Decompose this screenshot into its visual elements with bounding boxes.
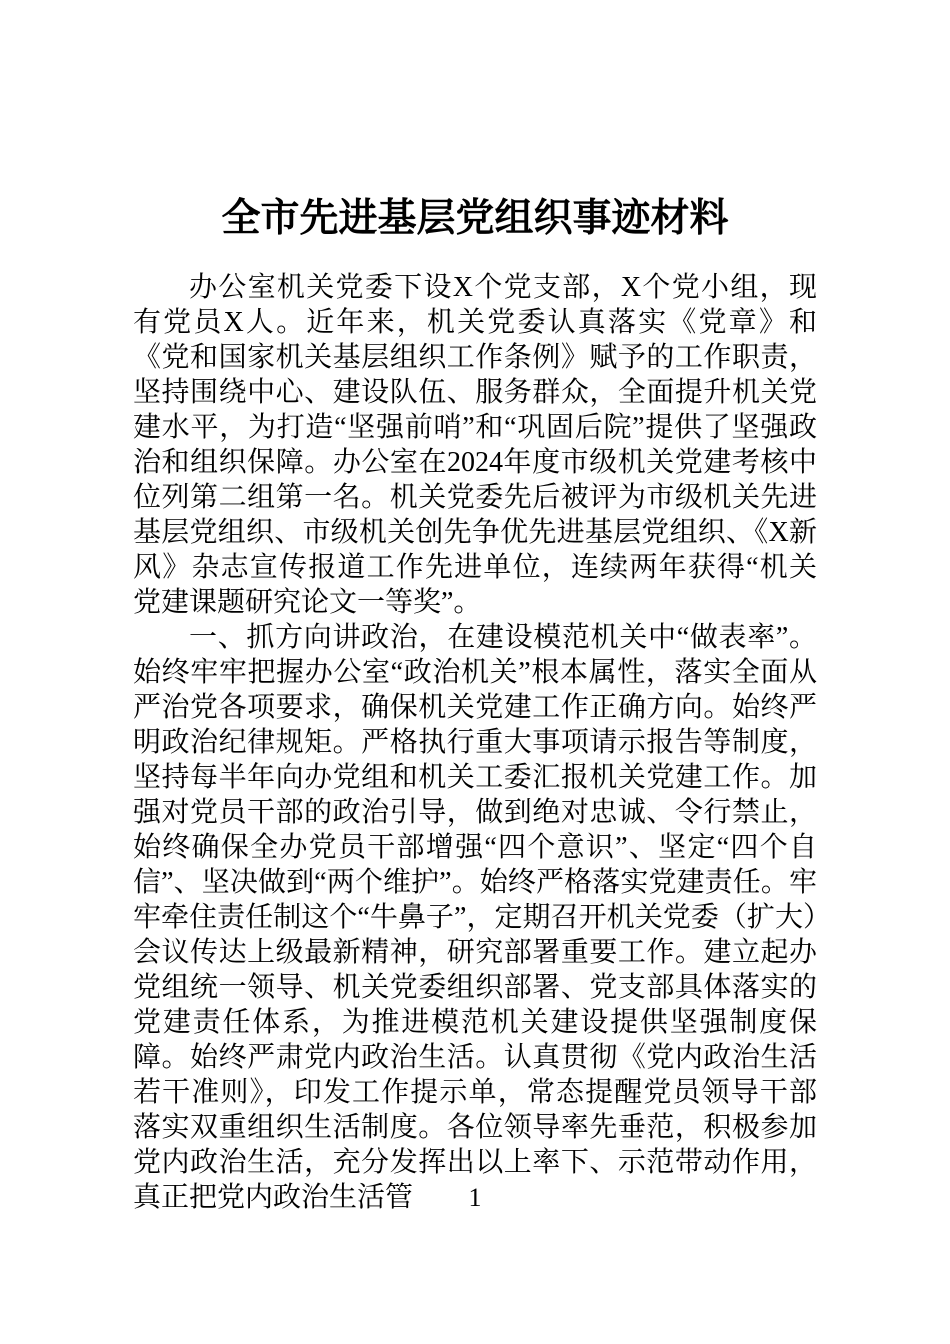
document-body: 办公室机关党委下设X个党支部，X个党小组，现有党员X人。近年来，机关党委认真落实… <box>133 270 817 1215</box>
paragraph-intro: 办公室机关党委下设X个党支部，X个党小组，现有党员X人。近年来，机关党委认真落实… <box>133 270 817 620</box>
document-page: 全市先进基层党组织事迹材料 办公室机关党委下设X个党支部，X个党小组，现有党员X… <box>0 0 950 1344</box>
document-title: 全市先进基层党组织事迹材料 <box>133 194 817 244</box>
page-number: 1 <box>0 1182 950 1214</box>
paragraph-section-1: 一、抓方向讲政治，在建设模范机关中“做表率”。始终牢牢把握办公室“政治机关”根本… <box>133 620 817 1215</box>
